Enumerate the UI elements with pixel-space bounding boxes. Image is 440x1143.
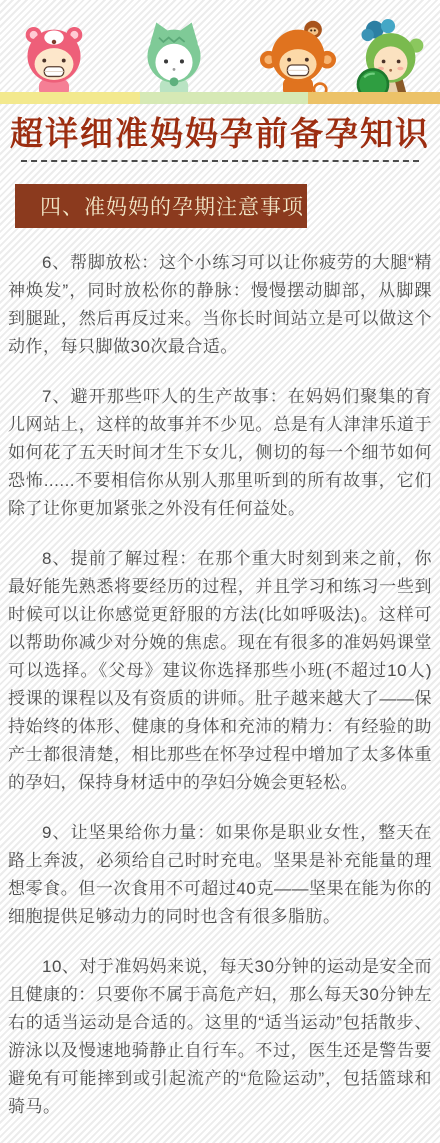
ground-strip-green	[140, 92, 308, 104]
orange-monkey-kid-icon	[258, 19, 338, 103]
paragraph-tip-8: 8、提前了解过程：在那个重大时刻到来之前，你最好能先熟悉将要经历的过程，并且学习…	[8, 545, 432, 797]
paragraph-tip-10: 10、对于准妈妈来说，每天30分钟的运动是安全而且健康的：只要你不属于高危产妇，…	[8, 953, 432, 1121]
infographic-page: 超详细准妈妈孕前备孕知识 四、准妈妈的孕期注意事项 6、帮脚放松：这个小练习可以…	[0, 0, 440, 1143]
page-title: 超详细准妈妈孕前备孕知识	[0, 113, 440, 157]
green-cat-kid-icon	[134, 19, 214, 103]
ground-strip	[0, 92, 440, 104]
pink-bear-kid-icon	[14, 19, 94, 103]
section-header-label: 四、准妈妈的孕期注意事项	[40, 191, 304, 221]
paragraph-tip-6: 6、帮脚放松：这个小练习可以让你疲劳的大腿“精神焕发”，同时放松你的静脉：慢慢摆…	[8, 249, 432, 361]
ground-strip-yellow	[0, 92, 140, 104]
mascot-banner	[0, 0, 440, 104]
ground-strip-orange	[308, 92, 440, 104]
paragraph-tip-7: 7、避开那些吓人的生产故事：在妈妈们聚集的育儿网站上，这样的故事并不少见。总是有…	[8, 383, 432, 523]
section-header: 四、准妈妈的孕期注意事项	[15, 184, 307, 228]
paragraph-tip-9: 9、让坚果给你力量：如果你是职业女性，整天在路上奔波，必须给自己时时充电。坚果是…	[8, 819, 432, 931]
dashed-divider	[21, 160, 419, 162]
article-body: 6、帮脚放松：这个小练习可以让你疲劳的大腿“精神焕发”，同时放松你的静脉：慢慢摆…	[0, 228, 440, 1121]
green-drummer-kid-icon	[348, 19, 428, 103]
